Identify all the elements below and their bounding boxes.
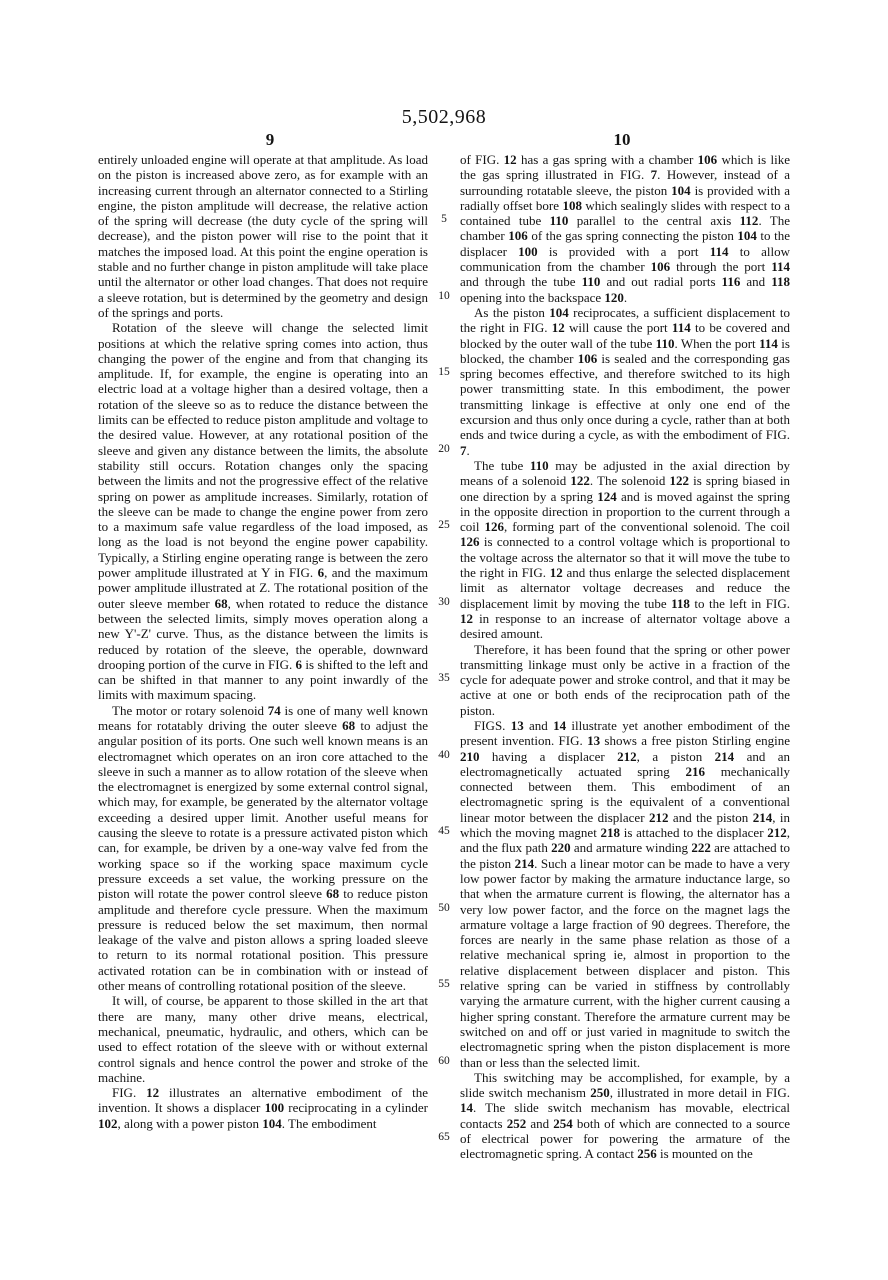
column-number-left: 9 xyxy=(240,130,300,150)
line-number: 65 xyxy=(426,1131,462,1143)
line-number: 5 xyxy=(426,213,462,225)
paragraph: It will, of course, be apparent to those… xyxy=(98,993,428,1085)
paragraph: As the piston 104 reciprocates, a suffic… xyxy=(460,305,790,458)
paragraph: Therefore, it has been found that the sp… xyxy=(460,642,790,718)
paragraph: This switching may be accomplished, for … xyxy=(460,1070,790,1162)
line-number: 15 xyxy=(426,366,462,378)
column-number-right: 10 xyxy=(592,130,652,150)
right-column: of FIG. 12 has a gas spring with a chamb… xyxy=(460,152,790,1162)
line-number: 60 xyxy=(426,1055,462,1067)
paragraph: FIGS. 13 and 14 illustrate yet another e… xyxy=(460,718,790,1070)
paragraph: Rotation of the sleeve will change the s… xyxy=(98,320,428,702)
line-number: 10 xyxy=(426,290,462,302)
patent-page: 5,502,968 9 10 entirely unloaded engine … xyxy=(0,0,888,1280)
paragraph: of FIG. 12 has a gas spring with a chamb… xyxy=(460,152,790,305)
paragraph: The tube 110 may be adjusted in the axia… xyxy=(460,458,790,642)
line-number: 40 xyxy=(426,749,462,761)
line-number-gutter: 5101520253035404550556065 xyxy=(426,0,462,1280)
left-column: entirely unloaded engine will operate at… xyxy=(98,152,428,1162)
line-number: 25 xyxy=(426,519,462,531)
line-number: 35 xyxy=(426,672,462,684)
line-number: 50 xyxy=(426,902,462,914)
line-number: 20 xyxy=(426,443,462,455)
line-number: 45 xyxy=(426,825,462,837)
paragraph: The motor or rotary solenoid 74 is one o… xyxy=(98,703,428,994)
line-number: 30 xyxy=(426,596,462,608)
paragraph: entirely unloaded engine will operate at… xyxy=(98,152,428,320)
line-number: 55 xyxy=(426,978,462,990)
paragraph: FIG. 12 illustrates an alternative embod… xyxy=(98,1085,428,1131)
